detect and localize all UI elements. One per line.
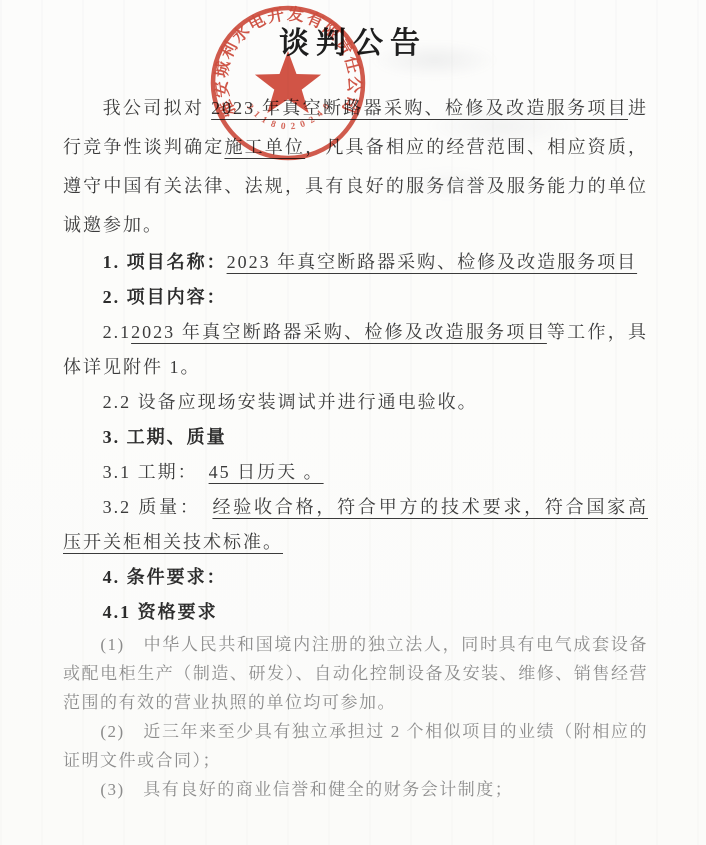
document-page: 谈判公告 雅安城利水电开发有限责任公司 311802024055 我公司拟对 2…	[0, 0, 706, 845]
text-segment: 4. 条件要求：	[103, 567, 227, 587]
text-segment: (3) 具有良好的商业信誉和健全的财务会计制度；	[100, 780, 513, 799]
text-segment: 2023 年真空断路器采购、检修及改造服务项目	[227, 252, 638, 272]
text-segment: 1. 项目名称：	[103, 252, 227, 272]
paragraph: 2.12023 年真空断路器采购、检修及改造服务项目等工作，具体详见附件 1。	[63, 315, 648, 385]
text-segment: 2023 年真空断路器采购、检修及改造服务项目	[131, 322, 547, 342]
text-segment: 2. 项目内容：	[103, 287, 227, 307]
text-segment: 45 日历天 。	[209, 462, 324, 482]
text-segment: (2) 近三年来至少具有独立承担过 2 个相似项目的业绩（附相应的证明文件或合同…	[63, 722, 648, 770]
paragraph: 3.2 质量： 经验收合格，符合甲方的技术要求，符合国家高压开关柜相关技术标准。	[63, 490, 648, 560]
text-segment: 2023 年真空断路器采购、检修及改造服务项目	[211, 98, 628, 118]
paragraph: (2) 近三年来至少具有独立承担过 2 个相似项目的业绩（附相应的证明文件或合同…	[63, 717, 648, 775]
text-segment: 3.1 工期：	[103, 462, 209, 482]
paragraph: 4. 条件要求：	[63, 560, 648, 595]
text-segment: 施工单位	[224, 137, 305, 157]
paragraph: 3. 工期、质量	[63, 420, 648, 455]
paragraph: 4.1 资格要求	[63, 595, 648, 630]
text-segment: 4.1 资格要求	[103, 602, 218, 622]
document-body: 我公司拟对 2023 年真空断路器采购、检修及改造服务项目进行竞争性谈判确定施工…	[0, 89, 706, 804]
text-segment: 3.2 质量：	[103, 497, 213, 517]
paragraph: 2.2 设备应现场安装调试并进行通电验收。	[63, 385, 648, 420]
paragraph: (3) 具有良好的商业信誉和健全的财务会计制度；	[63, 775, 648, 804]
document-title: 谈判公告	[0, 0, 706, 62]
text-segment: 3. 工期、质量	[103, 427, 227, 447]
paragraph: (1) 中华人民共和国境内注册的独立法人，同时具有电气成套设备或配电柜生产（制造…	[63, 630, 648, 717]
text-segment: 2.1	[103, 322, 132, 342]
paragraph: 1. 项目名称：2023 年真空断路器采购、检修及改造服务项目	[63, 245, 648, 280]
text-segment: (1) 中华人民共和国境内注册的独立法人，同时具有电气成套设备或配电柜生产（制造…	[63, 635, 648, 712]
text-segment: 我公司拟对	[103, 98, 212, 118]
paragraph: 我公司拟对 2023 年真空断路器采购、检修及改造服务项目进行竞争性谈判确定施工…	[63, 89, 648, 245]
text-segment: 2.2 设备应现场安装调试并进行通电验收。	[103, 392, 478, 412]
paragraph: 2. 项目内容：	[63, 280, 648, 315]
paragraph: 3.1 工期： 45 日历天 。	[63, 455, 648, 490]
